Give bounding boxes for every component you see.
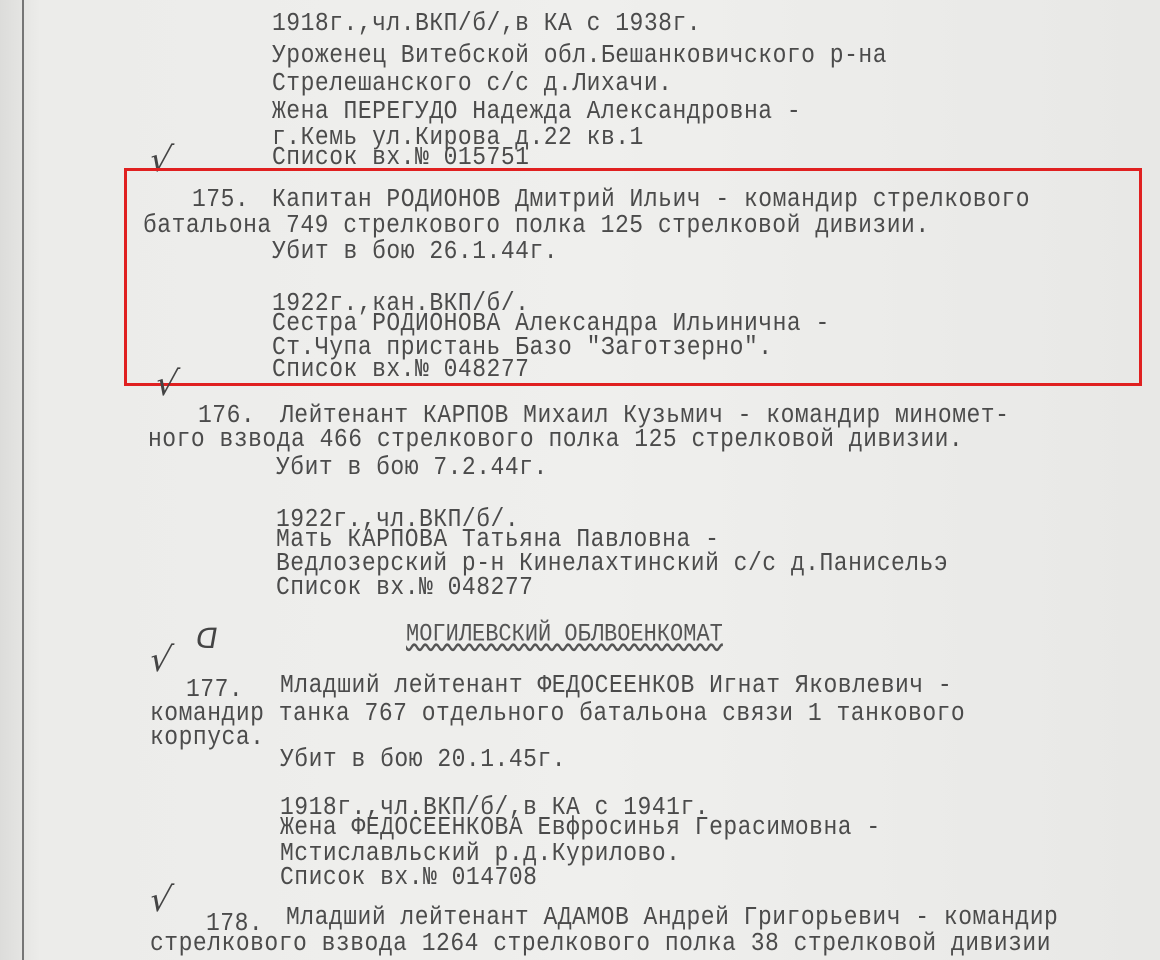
annotation-mark-icon: ᗡ: [193, 622, 220, 655]
text-line: Список вх.№ 014708: [280, 864, 537, 891]
scanned-document-page: 1918г.,чл.ВКП/б/,в КА с 1938г. Уроженец …: [0, 0, 1160, 960]
text-line: Убит в бою 20.1.45г.: [280, 746, 566, 773]
text-line: Младший лейтенант АДАМОВ Андрей Григорье…: [286, 904, 1058, 931]
text-line: Уроженец Витебской обл.Бешанковичского р…: [272, 42, 887, 69]
text-line: стрелкового взвода 1264 стрелкового полк…: [150, 930, 1051, 957]
text-line: Список вх.№ 048277: [272, 356, 529, 383]
text-line: Жена ФЕДОСЕЕНКОВА Евфросинья Герасимовна…: [280, 814, 881, 841]
text-line: командир танка 767 отдельного батальона …: [150, 700, 965, 727]
margin-line: [22, 0, 24, 960]
checkmark-icon: √: [146, 640, 175, 680]
text-line: батальона 749 стрелкового полка 125 стре…: [143, 212, 930, 239]
text-line: Младший лейтенант ФЕДОСЕЕНКОВ Игнат Яков…: [280, 672, 952, 699]
text-line: Капитан РОДИОНОВ Дмитрий Ильич - команди…: [272, 186, 1030, 213]
text-line: Убит в бою 26.1.44г.: [272, 238, 558, 265]
text-line: Список вх.№ 015751: [272, 144, 529, 171]
text-line: 1918г.,чл.ВКП/б/,в КА с 1938г.: [272, 10, 701, 37]
text-line: корпуса.: [150, 724, 264, 751]
checkmark-icon: √: [146, 880, 175, 920]
text-line: Убит в бою 7.2.44г.: [276, 454, 548, 481]
section-heading: МОГИЛЕВСКИЙ ОБЛВОЕНКОМАТ: [406, 620, 723, 649]
text-line: ного взвода 466 стрелкового полка 125 ст…: [148, 426, 963, 453]
entry-number: 175.: [192, 186, 249, 213]
text-line: Список вх.№ 048277: [276, 574, 533, 601]
text-line: Стрелешанского с/с д.Лихачи.: [272, 70, 672, 97]
text-line: Жена ПЕРЕГУДО Надежда Александровна -: [272, 98, 801, 125]
